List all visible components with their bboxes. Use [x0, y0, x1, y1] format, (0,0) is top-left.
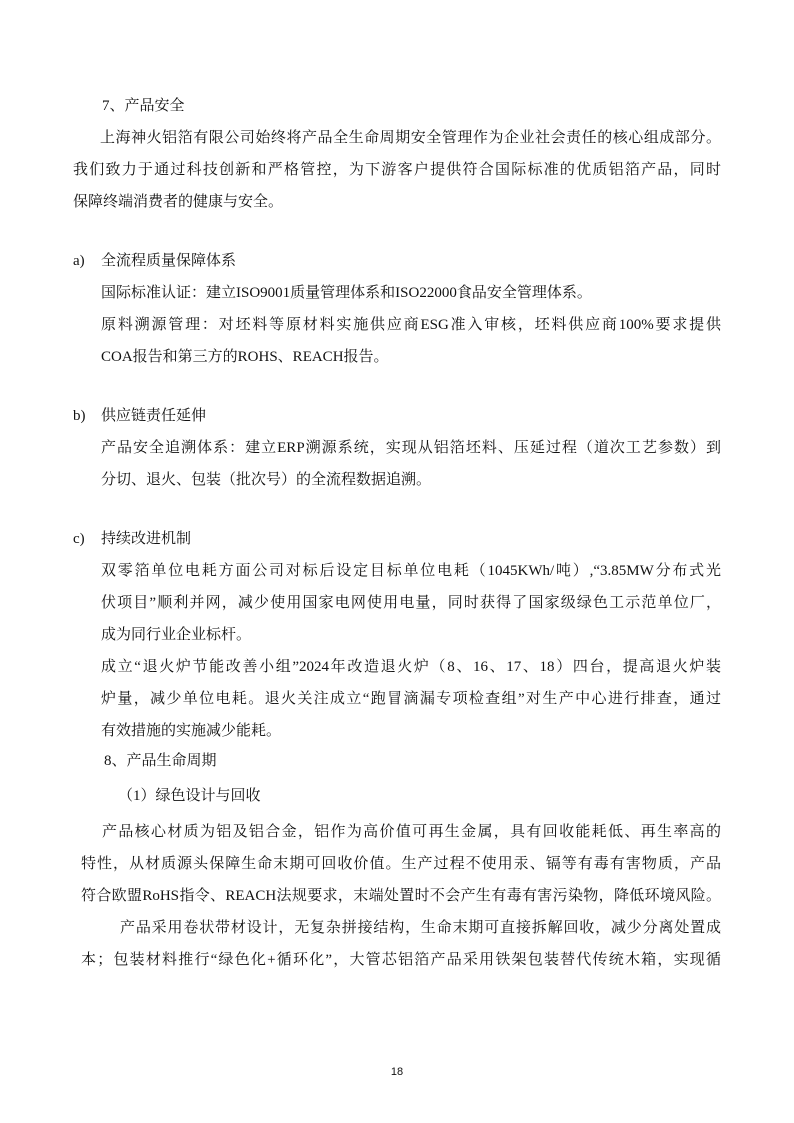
paragraph-line: 产品核心材质为铝及铝合金，铝作为高价值可再生金属，具有回收能耗低、再生率高的: [102, 822, 721, 842]
paragraph-line: 特性，从材质源头保障生命末期可回收价值。生产过程不使用汞、镉等有毒有害物质，产品: [81, 854, 721, 874]
paragraph-line: 分切、退火、包装（批次号）的全流程数据追溯。: [101, 470, 431, 490]
paragraph-line: 符合欧盟RoHS指令、REACH法规要求，末端处置时不会产生有毒有害污染物，降低…: [81, 886, 721, 906]
paragraph-line: 伏项目”顺利并网，减少使用国家电网使用电量，同时获得了国家级绿色工示范单位厂，: [101, 593, 721, 613]
paragraph-line: 保障终端消费者的健康与安全。: [73, 192, 283, 212]
paragraph-line: 双零箔单位电耗方面公司对标后设定目标单位电耗（1045KWh/吨）,“3.85M…: [101, 561, 721, 581]
paragraph-line: 原料溯源管理：对坯料等原材料实施供应商ESG准入审核，坯料供应商100%要求提供: [101, 315, 721, 335]
paragraph-line: 有效措施的实施减少能耗。: [101, 721, 281, 741]
section-heading: 7、产品安全: [102, 96, 185, 116]
paragraph-line: 本；包装材料推行“绿色化+循环化”，大管芯铝箔产品采用铁架包装替代传统木箱，实现…: [81, 950, 721, 970]
list-marker: a): [73, 251, 85, 271]
paragraph-line: 产品安全追溯体系：建立ERP溯源系统，实现从铝箔坯料、压延过程（道次工艺参数）到: [101, 438, 721, 458]
subsection-heading: （1）绿色设计与回收: [118, 786, 261, 806]
paragraph-line: 我们致力于通过科技创新和严格管控，为下游客户提供符合国际标准的优质铝箔产品，同时: [73, 160, 721, 180]
paragraph-line: 成为同行业企业标杆。: [101, 625, 251, 645]
paragraph-line: 成立“退火炉节能改善小组”2024年改造退火炉（8、16、17、18）四台，提高…: [101, 657, 721, 677]
list-item-title: 供应链责任延伸: [101, 406, 206, 426]
paragraph-line: 国际标准认证：建立ISO9001质量管理体系和ISO22000食品安全管理体系。: [101, 283, 592, 303]
paragraph-line: 炉量，减少单位电耗。退火关注成立“跑冒滴漏专项检查组”对生产中心进行排查，通过: [101, 689, 721, 709]
section-heading: 8、产品生命周期: [104, 751, 217, 771]
list-item-title: 全流程质量保障体系: [101, 251, 236, 271]
list-marker: c): [73, 529, 85, 549]
list-marker: b): [73, 406, 86, 426]
paragraph-line: 上海神火铝箔有限公司始终将产品全生命周期安全管理作为企业社会责任的核心组成部分。: [100, 128, 721, 148]
paragraph-line: 产品采用卷状带材设计，无复杂拼接结构，生命末期可直接拆解回收，减少分离处置成: [120, 918, 721, 938]
page-number: 18: [0, 1066, 794, 1078]
paragraph-line: COA报告和第三方的ROHS、REACH报告。: [101, 347, 389, 367]
list-item-title: 持续改进机制: [101, 529, 191, 549]
